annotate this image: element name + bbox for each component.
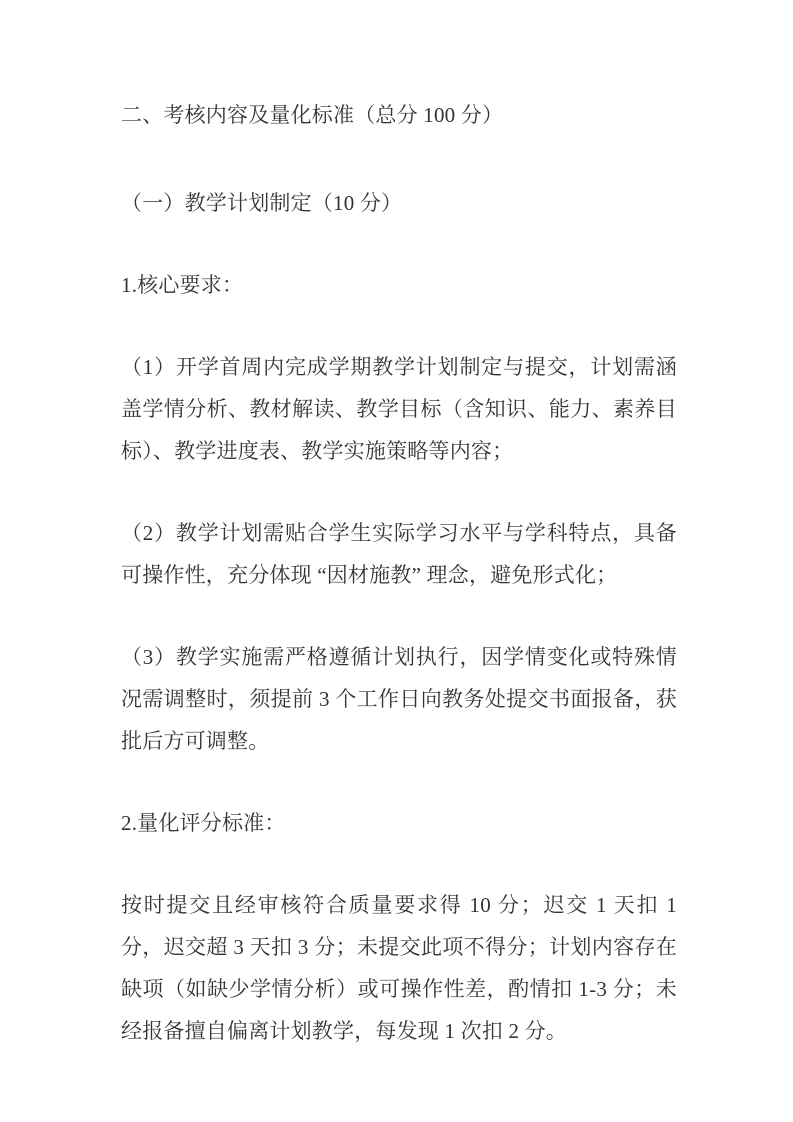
paragraph-requirement-1: （1）开学首周内完成学期教学计划制定与提交，计划需涵盖学情分析、教材解读、教学目… bbox=[121, 346, 677, 472]
paragraph-requirement-3: （3）教学实施需严格遵循计划执行，因学情变化或特殊情况需调整时，须提前 3 个工… bbox=[121, 636, 677, 762]
document-page: 二、考核内容及量化标准（总分 100 分） （一）教学计划制定（10 分） 1.… bbox=[0, 0, 793, 1122]
subheading-scoring-criteria: 2.量化评分标准： bbox=[121, 802, 677, 844]
paragraph-scoring-details: 按时提交且经审核符合质量要求得 10 分；迟交 1 天扣 1 分，迟交超 3 天… bbox=[121, 884, 677, 1052]
heading-assessment-content-standards: 二、考核内容及量化标准（总分 100 分） bbox=[121, 94, 677, 136]
document-content: 二、考核内容及量化标准（总分 100 分） （一）教学计划制定（10 分） 1.… bbox=[121, 94, 677, 1052]
heading-teaching-plan-section: （一）教学计划制定（10 分） bbox=[121, 182, 677, 224]
subheading-core-requirements: 1.核心要求： bbox=[121, 264, 677, 306]
paragraph-requirement-2: （2）教学计划需贴合学生实际学习水平与学科特点，具备可操作性，充分体现 “因材施… bbox=[121, 512, 677, 596]
